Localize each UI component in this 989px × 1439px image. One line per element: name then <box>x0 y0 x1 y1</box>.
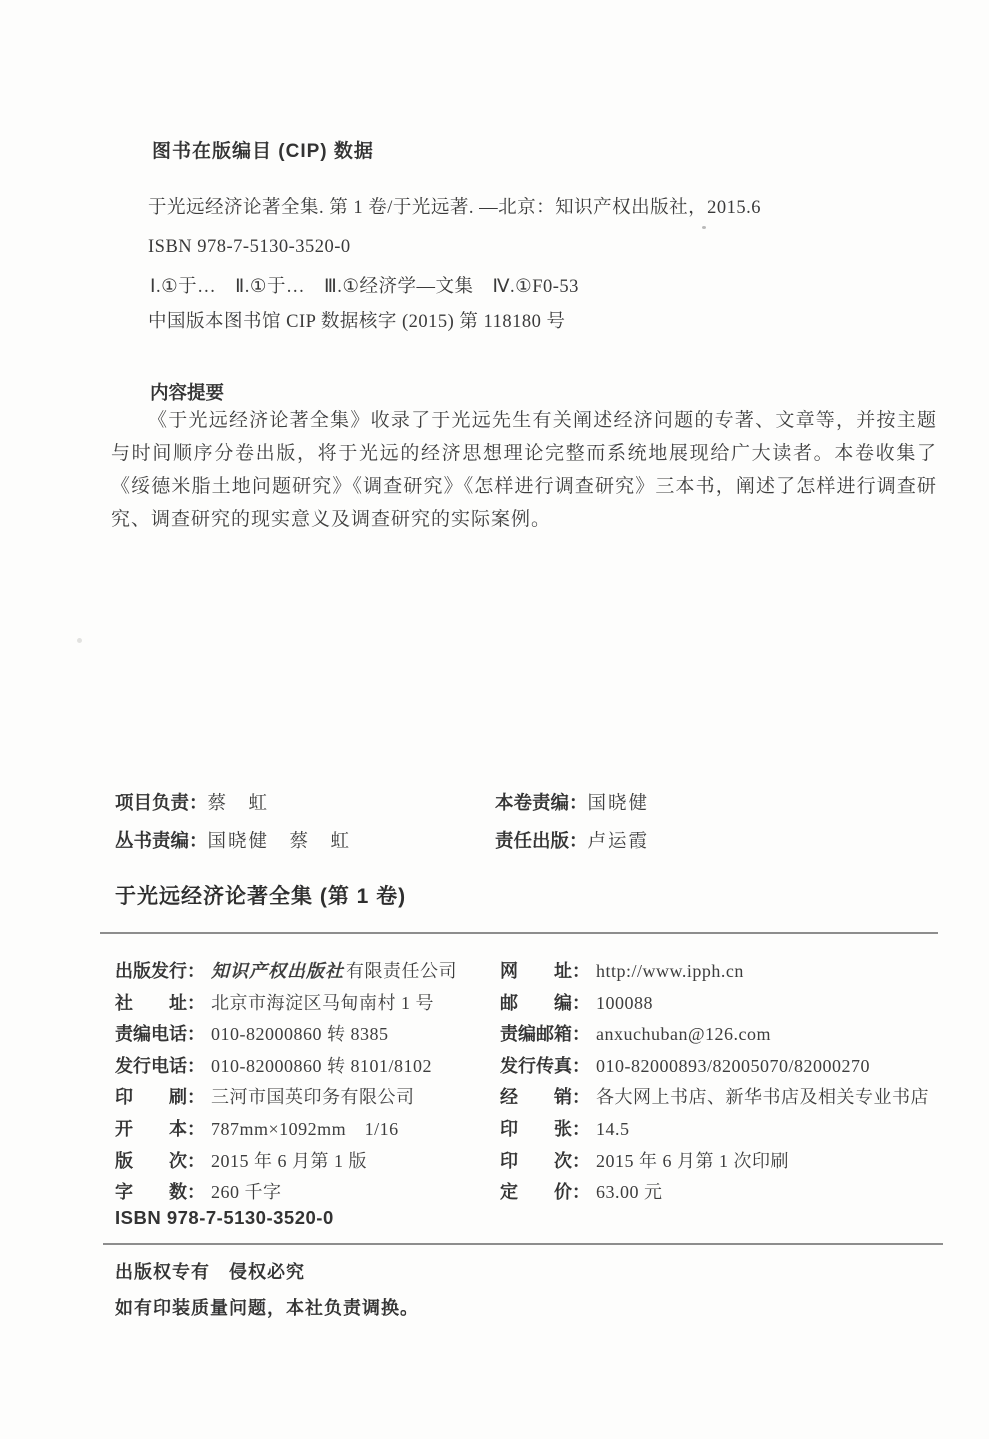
colophon-label: 发行传真： <box>500 1052 596 1078</box>
colophon-label: 责编电话： <box>115 1020 211 1046</box>
colophon-value: 100088 <box>596 993 653 1013</box>
colophon-value: 010-82000860 转 8101/8102 <box>211 1056 432 1076</box>
colophon-label: 定 价： <box>500 1178 596 1204</box>
colophon-row-fax: 发行传真：010-82000893/82005070/82000270 <box>500 1052 870 1078</box>
colophon-value: 北京市海淀区马甸南村 1 号 <box>211 993 434 1013</box>
copyright-notice: 出版权专有 侵权必究 <box>115 1258 305 1284</box>
colophon-row-sheets: 印 张：14.5 <box>500 1115 630 1141</box>
colophon-label: 社 址： <box>115 989 211 1015</box>
colophon-label: 开 本： <box>115 1115 211 1141</box>
colophon-row-editor-phone: 责编电话：010-82000860 转 8385 <box>115 1020 389 1046</box>
quality-exchange-notice: 如有印装质量问题，本社负责调换。 <box>115 1294 419 1320</box>
staff-volume-editor: 本卷责编：国晓健 <box>495 789 649 815</box>
colophon-value: 有限责任公司 <box>346 961 457 981</box>
staff-publishing-manager: 责任出版：卢运霞 <box>495 827 649 853</box>
abstract-paragraph: 《于光远经济论著全集》收录了于光远先生有关阐述经济问题的专著、文章等，并按主题 … <box>111 404 937 536</box>
colophon-label: 印 张： <box>500 1115 596 1141</box>
colophon-value: 2015 年 6 月第 1 次印刷 <box>596 1151 789 1171</box>
copyright-page: 图书在版编目 (CIP) 数据 于光远经济论著全集. 第 1 卷/于光远著. —… <box>0 0 989 1439</box>
colophon-row-word-count: 字 数：260 千字 <box>115 1178 282 1204</box>
colophon-value: 260 千字 <box>211 1182 282 1202</box>
colophon-row-format: 开 本：787mm×1092mm 1/16 <box>115 1115 399 1141</box>
staff-label: 丛书责编： <box>115 830 208 851</box>
colophon-row-editor-email: 责编邮箱：anxuchuban@126.com <box>500 1020 771 1046</box>
staff-project-lead: 项目负责：蔡 虹 <box>115 789 269 815</box>
book-title: 于光远经济论著全集 (第 1 卷) <box>115 880 406 910</box>
colophon-value: 010-82000860 转 8385 <box>211 1024 389 1044</box>
cip-record-number-line: 中国版本图书馆 CIP 数据核字 (2015) 第 118180 号 <box>148 307 566 333</box>
colophon-label: 发行电话： <box>115 1052 211 1078</box>
colophon-label: 版 次： <box>115 1147 211 1173</box>
colophon-value: 010-82000893/82005070/82000270 <box>596 1056 870 1076</box>
colophon-value: 三河市国英印务有限公司 <box>211 1087 415 1107</box>
colophon-row-printer: 印 刷：三河市国英印务有限公司 <box>115 1083 415 1109</box>
isbn-bottom: ISBN 978-7-5130-3520-0 <box>115 1207 334 1229</box>
colophon-label: 出版发行： <box>115 957 211 983</box>
publisher-logotype: 知识产权出版社 <box>211 961 344 981</box>
cip-isbn-line: ISBN 978-7-5130-3520-0 <box>148 237 351 258</box>
colophon-row-website: 网 址：http://www.ipph.cn <box>500 957 744 983</box>
colophon-label: 字 数： <box>115 1178 211 1204</box>
colophon-label: 印 刷： <box>115 1083 211 1109</box>
colophon-row-address: 社 址：北京市海淀区马甸南村 1 号 <box>115 989 434 1015</box>
staff-value: 国晓健 <box>588 794 650 814</box>
colophon-row-edition: 版 次：2015 年 6 月第 1 版 <box>115 1147 367 1173</box>
staff-value: 蔡 虹 <box>208 794 270 814</box>
colophon-label: 责编邮箱： <box>500 1020 596 1046</box>
staff-label: 本卷责编： <box>495 792 588 813</box>
colophon-value: 63.00 元 <box>596 1182 663 1202</box>
cip-title-line: 于光远经济论著全集. 第 1 卷/于光远著. —北京：知识产权出版社，2015.… <box>148 193 761 219</box>
horizontal-rule-top <box>100 932 938 934</box>
colophon-row-postcode: 邮 编：100088 <box>500 989 653 1015</box>
scan-artifact-dot <box>77 638 82 643</box>
colophon-value: 787mm×1092mm 1/16 <box>211 1119 399 1139</box>
abstract-line: 究、调查研究的现实意义及调查研究的实际案例。 <box>111 503 937 536</box>
colophon-label: 邮 编： <box>500 989 596 1015</box>
colophon-row-publisher: 出版发行：知识产权出版社有限责任公司 <box>115 957 457 983</box>
staff-label: 责任出版： <box>495 830 588 851</box>
scan-artifact-dot <box>702 226 706 229</box>
staff-value: 国晓健 蔡 虹 <box>208 832 352 852</box>
staff-label: 项目负责： <box>115 792 208 813</box>
abstract-line: 与时间顺序分卷出版，将于光远的经济思想理论完整而系统地展现给广大读者。本卷收集了 <box>111 437 937 470</box>
colophon-value: 各大网上书店、新华书店及相关专业书店 <box>596 1087 929 1107</box>
colophon-label: 经 销： <box>500 1083 596 1109</box>
colophon-row-distributors: 经 销：各大网上书店、新华书店及相关专业书店 <box>500 1083 929 1109</box>
colophon-value: 2015 年 6 月第 1 版 <box>211 1151 367 1171</box>
cip-header: 图书在版编目 (CIP) 数据 <box>152 136 374 163</box>
colophon-label: 网 址： <box>500 957 596 983</box>
colophon-value: anxuchuban@126.com <box>596 1024 771 1044</box>
colophon-value: 14.5 <box>596 1119 630 1139</box>
abstract-heading: 内容提要 <box>150 379 224 405</box>
staff-series-editor: 丛书责编：国晓健 蔡 虹 <box>115 827 351 853</box>
colophon-row-printing: 印 次：2015 年 6 月第 1 次印刷 <box>500 1147 789 1173</box>
abstract-line: 《绥德米脂土地问题研究》《调查研究》《怎样进行调查研究》三本书，阐述了怎样进行调… <box>111 470 937 503</box>
colophon-row-distribution-phone: 发行电话：010-82000860 转 8101/8102 <box>115 1052 432 1078</box>
colophon-label: 印 次： <box>500 1147 596 1173</box>
horizontal-rule-bottom <box>103 1243 943 1245</box>
staff-value: 卢运霞 <box>588 832 650 852</box>
abstract-line: 《于光远经济论著全集》收录了于光远先生有关阐述经济问题的专著、文章等，并按主题 <box>111 404 937 437</box>
colophon-row-price: 定 价：63.00 元 <box>500 1178 663 1204</box>
cip-classification-line: Ⅰ.①于… Ⅱ.①于… Ⅲ.①经济学—文集 Ⅳ.①F0-53 <box>150 272 579 298</box>
colophon-value: http://www.ipph.cn <box>596 961 744 981</box>
